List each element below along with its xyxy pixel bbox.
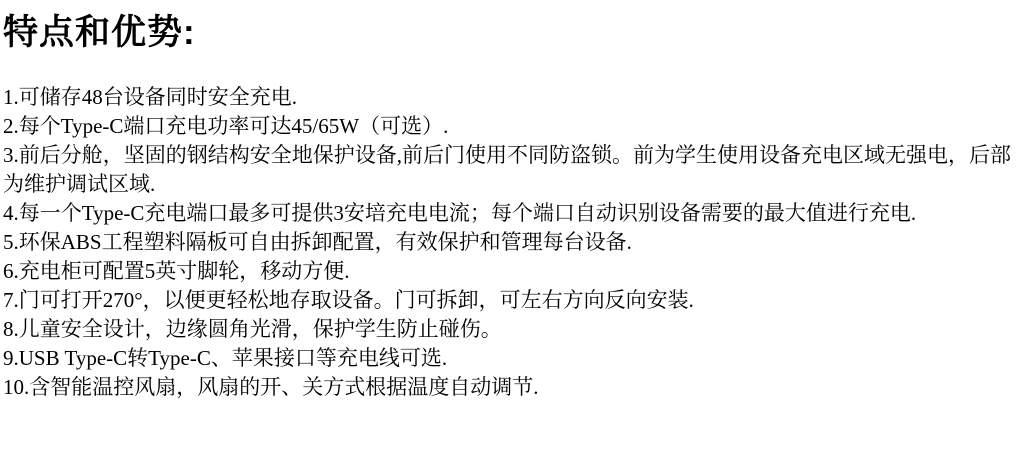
feature-item-3: 3.前后分舱，坚固的钢结构安全地保护设备,前后门使用不同防盗锁。前为学生使用设备… [3, 141, 1011, 199]
feature-item-8: 8.儿童安全设计，边缘圆角光滑，保护学生防止碰伤。 [3, 315, 1011, 344]
feature-item-5: 5.环保ABS工程塑料隔板可自由拆卸配置，有效保护和管理每台设备. [3, 228, 1011, 257]
feature-item-10: 10.含智能温控风扇，风扇的开、关方式根据温度自动调节. [3, 373, 1011, 402]
page-title: 特点和优势: [3, 12, 1013, 54]
feature-list: 1.可储存48台设备同时安全充电. 2.每个Type-C端口充电功率可达45/6… [3, 83, 1011, 402]
feature-item-6: 6.充电柜可配置5英寸脚轮，移动方便. [3, 257, 1011, 286]
feature-item-7: 7.门可打开270°，以便更轻松地存取设备。门可拆卸，可左右方向反向安装. [3, 286, 1011, 315]
feature-item-4: 4.每一个Type-C充电端口最多可提供3安培充电电流；每个端口自动识别设备需要… [3, 199, 1011, 228]
feature-item-1: 1.可储存48台设备同时安全充电. [3, 83, 1011, 112]
product-description-page: 特点和优势: 1.可储存48台设备同时安全充电. 2.每个Type-C端口充电功… [0, 0, 1023, 459]
feature-item-2: 2.每个Type-C端口充电功率可达45/65W（可选）. [3, 112, 1011, 141]
feature-item-9: 9.USB Type-C转Type-C、苹果接口等充电线可选. [3, 344, 1011, 373]
